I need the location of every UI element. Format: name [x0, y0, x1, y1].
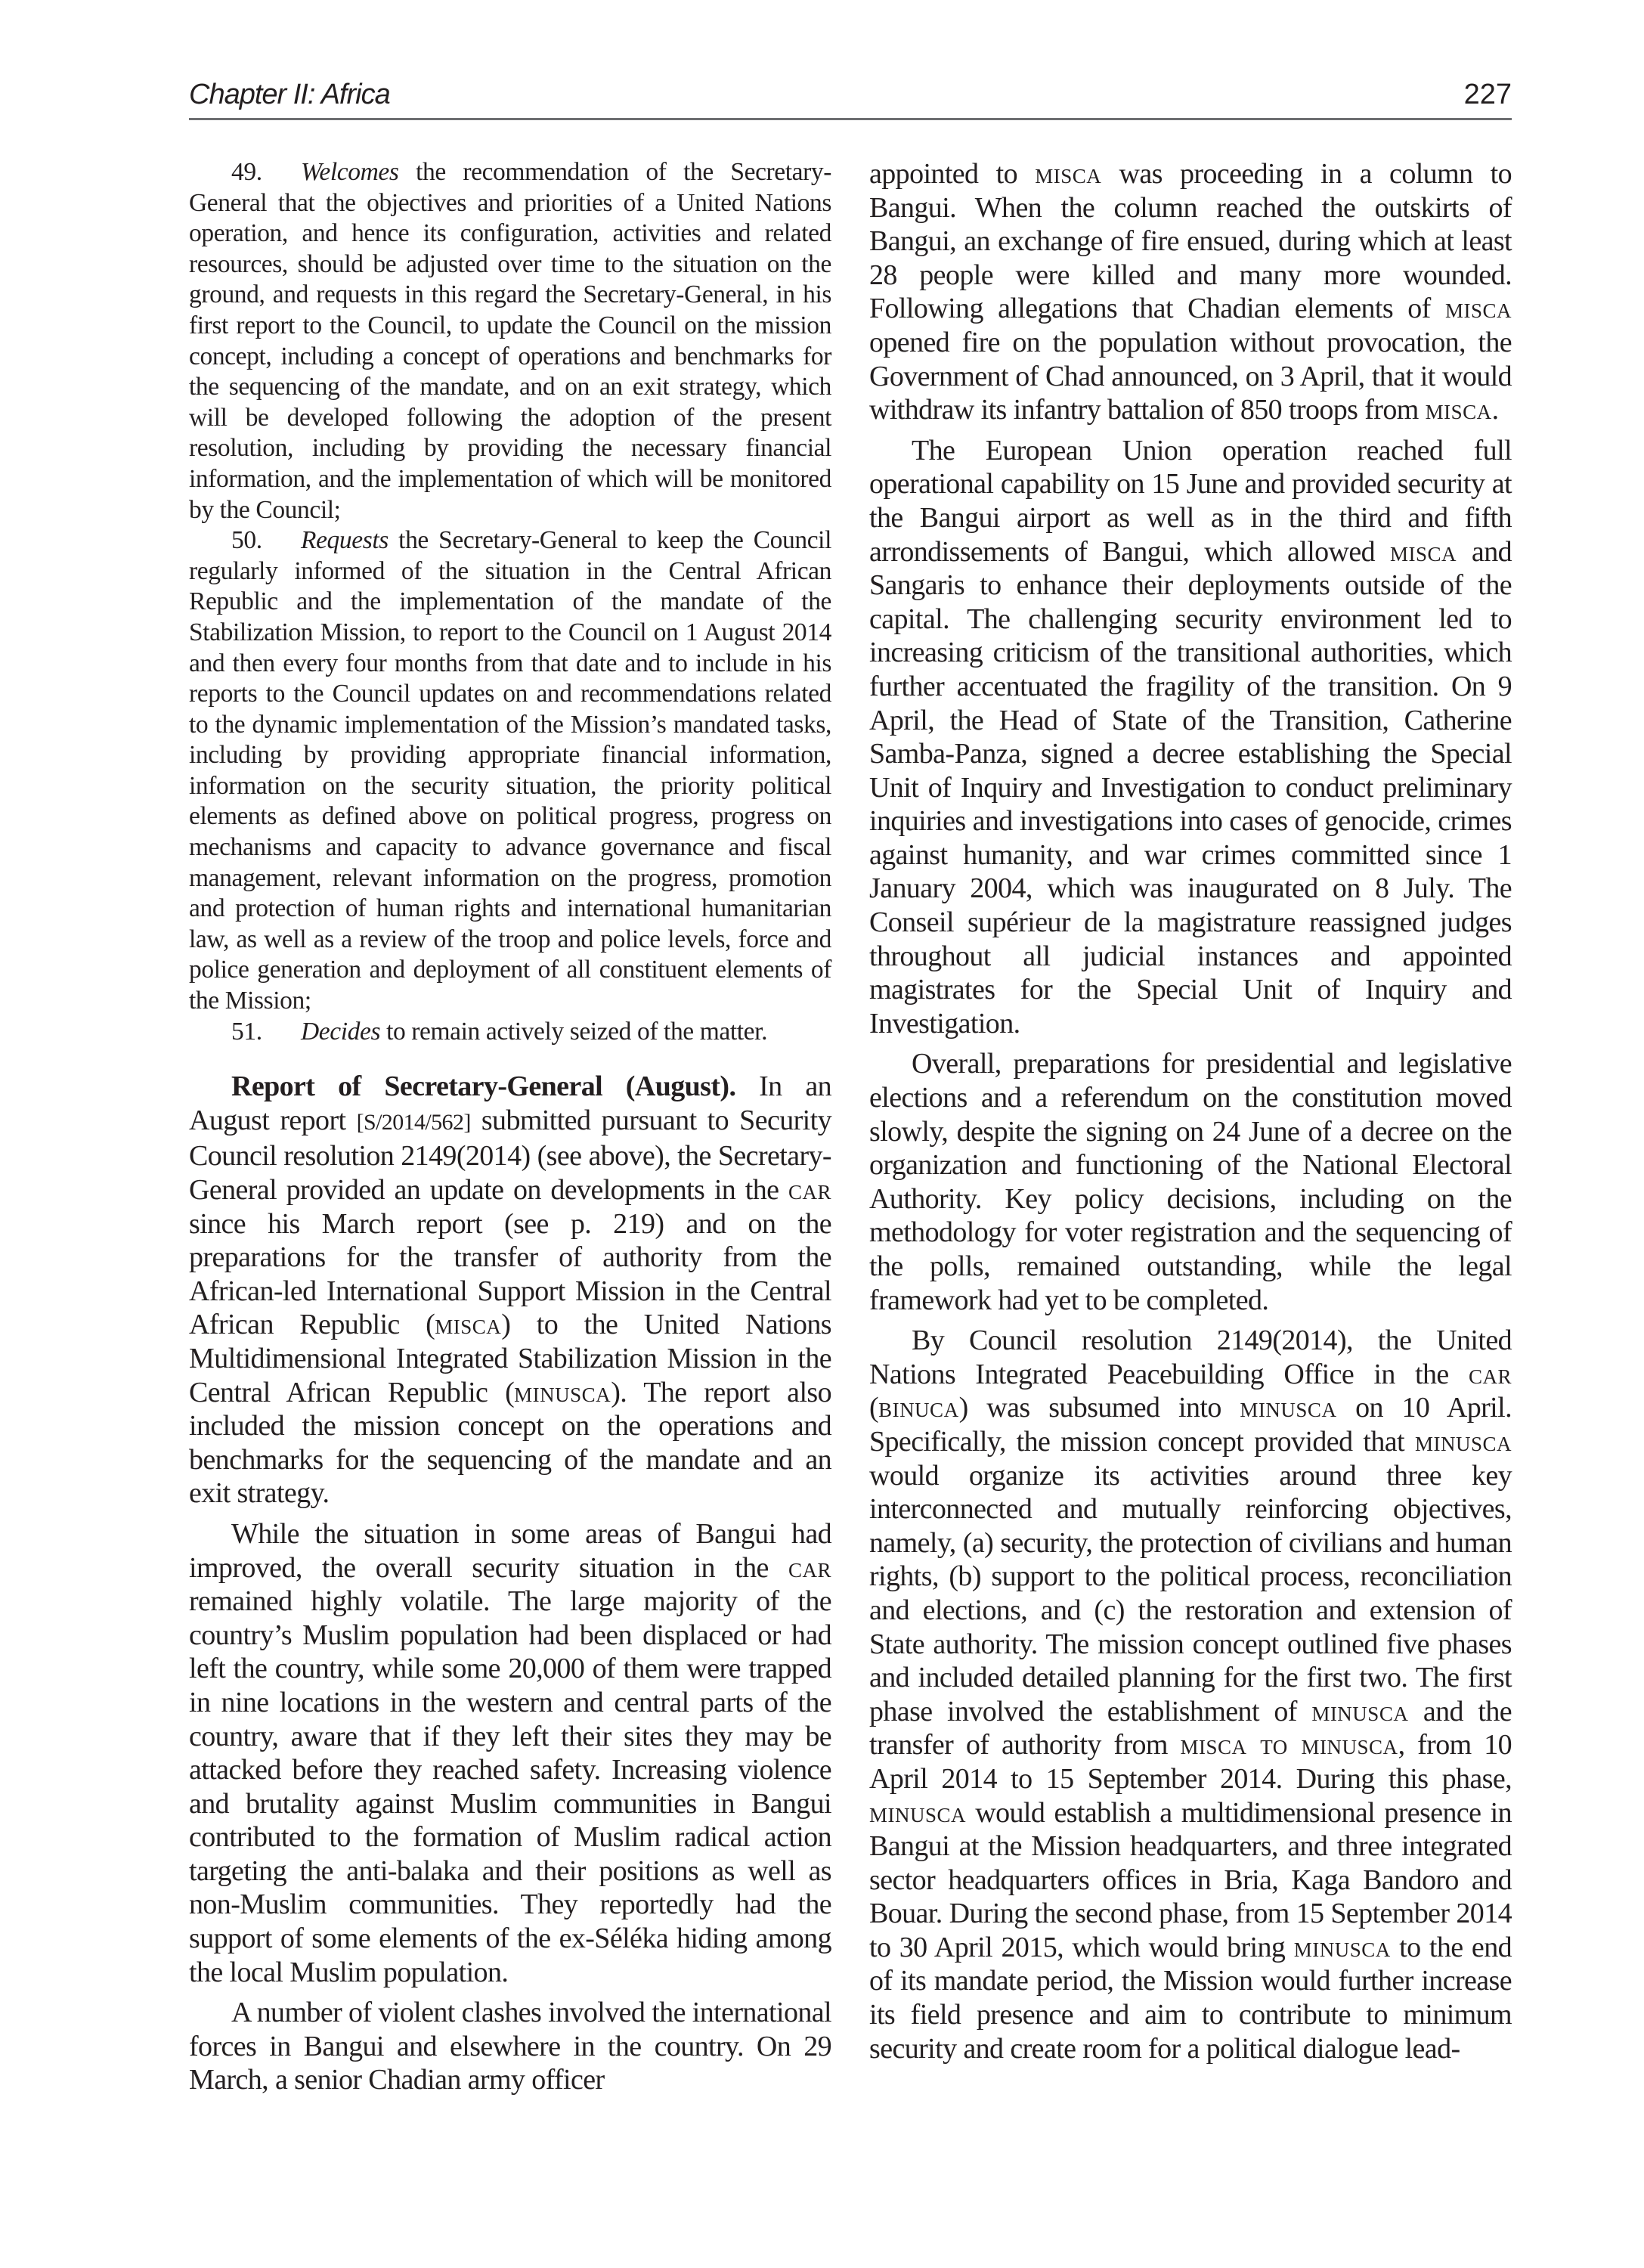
text: By Council resolution 2149(2014), the Un… — [869, 1325, 1512, 1390]
acronym-binuca: BINUCA — [878, 1392, 959, 1424]
acronym-car: CAR — [788, 1174, 831, 1206]
acronym-misca: MISCA — [1426, 394, 1492, 426]
resolution-para-49: 49.Welcomes the recommendation of the Se… — [189, 157, 831, 525]
acronym-minusca: MINUSCA — [1240, 1392, 1336, 1424]
text: While the situation in some areas of Ban… — [189, 1518, 831, 1584]
resolution-para-51: 51.Decides to remain actively seized of … — [189, 1017, 831, 1048]
text: . — [1492, 394, 1499, 426]
document-symbol: [S/2014/562] — [357, 1110, 471, 1135]
section-heading: Report of Secretary-General (August). — [231, 1070, 735, 1102]
para-text: the recommendation of the Secretary-Gene… — [189, 158, 831, 524]
resolution-para-50: 50.Requests the Secretary-General to kee… — [189, 525, 831, 1017]
operative-verb: Requests — [301, 526, 389, 554]
para-text: the Secretary-General to keep the Counci… — [189, 526, 831, 1015]
acronym-misca: MISCA — [1390, 536, 1457, 568]
page-number: 227 — [1464, 79, 1512, 111]
acronym-minusca: MINUSCA — [1302, 1729, 1398, 1761]
text: opened fire on the population without pr… — [869, 327, 1512, 426]
acronym-minusca: MINUSCA — [1311, 1696, 1408, 1727]
report-august-para: Report of Secretary-General (August). In… — [189, 1070, 831, 1510]
acronym-minusca: MINUSCA — [514, 1377, 611, 1408]
acronym-misca: MISCA — [1445, 293, 1512, 324]
acronym-minusca: MINUSCA — [869, 1797, 966, 1829]
continued-para: appointed to MISCA was proceeding in a c… — [869, 157, 1512, 427]
running-header: Chapter II: Africa 227 — [189, 76, 1512, 120]
acronym-minusca: MINUSCA — [1294, 1932, 1391, 1963]
right-column: appointed to MISCA was proceeding in a c… — [869, 157, 1512, 2072]
operative-verb: Decides — [301, 1018, 380, 1046]
eu-operation-para: The European Union operation reached ful… — [869, 434, 1512, 1041]
acronym-minusca: MINUSCA — [1415, 1426, 1512, 1458]
situation-para: While the situation in some areas of Ban… — [189, 1517, 831, 1989]
para-text: to remain actively seized of the matter. — [380, 1018, 767, 1046]
acronym-car: CAR — [788, 1552, 831, 1584]
para-number: 51. — [231, 1017, 301, 1048]
para-number: 50. — [231, 525, 301, 556]
text: remained highly volatile. The large majo… — [189, 1585, 831, 1988]
para-number: 49. — [231, 157, 301, 188]
acronym-car: CAR — [1469, 1359, 1512, 1390]
text: ) was subsumed into — [959, 1392, 1240, 1424]
text: ( — [869, 1392, 878, 1424]
text: would organize its activities around thr… — [869, 1460, 1512, 1727]
text: appointed to — [869, 158, 1035, 190]
clashes-para: A number of violent clashes involved the… — [189, 1996, 831, 2097]
operative-verb: Welcomes — [301, 158, 399, 186]
resolution-2149-para: By Council resolution 2149(2014), the Un… — [869, 1324, 1512, 2065]
chapter-title: Chapter II: Africa — [189, 79, 390, 111]
left-column: 49.Welcomes the recommendation of the Se… — [189, 157, 831, 2104]
text: to — [1247, 1729, 1302, 1761]
acronym-misca: MISCA — [435, 1309, 501, 1340]
acronym-misca: MISCA — [1181, 1729, 1247, 1761]
text: and Sangaris to enhance their deployment… — [869, 536, 1512, 1039]
elections-para: Overall, preparations for presidential a… — [869, 1047, 1512, 1317]
acronym-misca: MISCA — [1035, 158, 1101, 190]
